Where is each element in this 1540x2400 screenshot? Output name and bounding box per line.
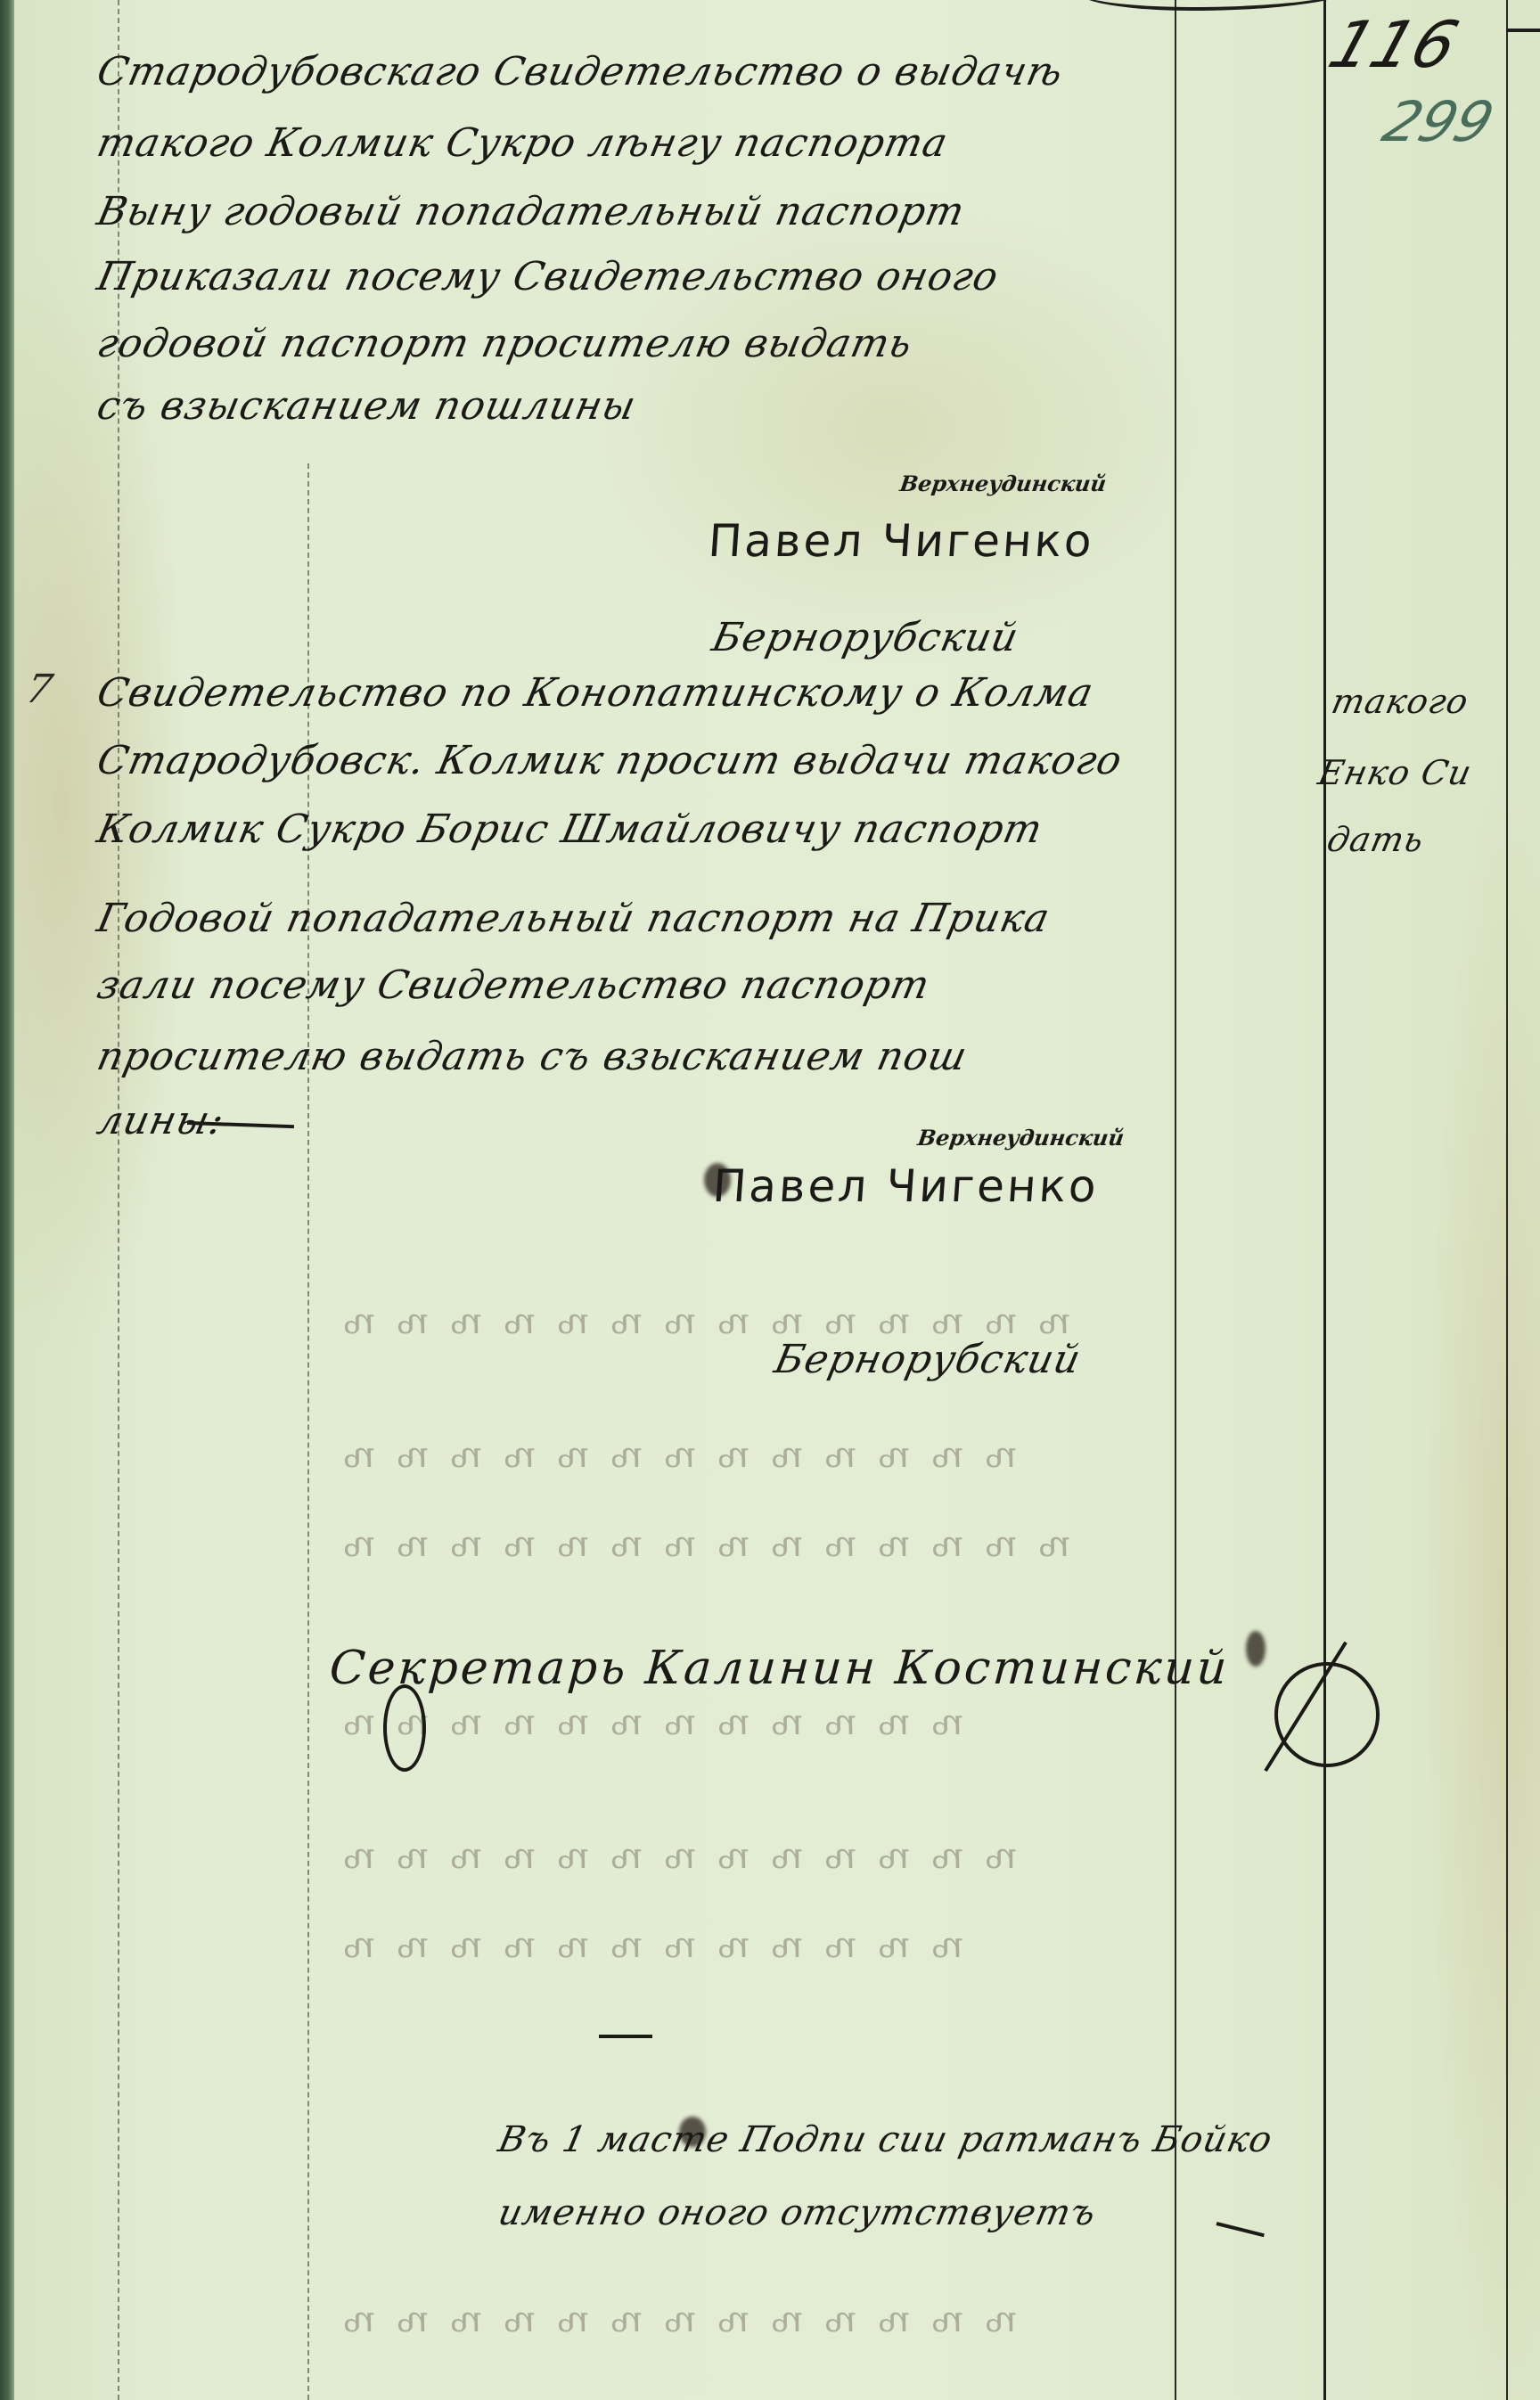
bleed-through-text: ѣ ѣ ѣ ѣ ѣ ѣ ѣ ѣ ѣ ѣ ѣ ѣ [335, 1702, 968, 1743]
entry-2-stamp: Верхнеудинский [916, 1125, 1126, 1151]
closing-note-line-1: Въ 1 масте Подпи сии ратманъ Бойко [495, 2119, 1276, 2160]
bleed-through-text: ѣ ѣ ѣ ѣ ѣ ѣ ѣ ѣ ѣ ѣ ѣ ѣ ѣ [335, 1435, 1021, 1476]
entry-1-line-1: Стародубовскаго Свидетельство о выдачѣ [94, 49, 1068, 94]
page-number-alt: 299 [1375, 89, 1502, 154]
entry-1-signature-title: Бернорубский [709, 615, 1023, 660]
bleed-through-text: ѣ ѣ ѣ ѣ ѣ ѣ ѣ ѣ ѣ ѣ ѣ ѣ [335, 1925, 968, 1966]
top-edge-curve [1078, 0, 1364, 11]
entry-2-line-7: лины: [94, 1098, 229, 1143]
entry-2-line-3: Колмик Сукро Борис Шмайловичу паспорт [94, 807, 1047, 852]
entry-2-line-1: Свидетельство по Конопатинскому о Колма [94, 670, 1098, 716]
entry-2-right-note-3: дать [1323, 820, 1428, 859]
entry-2-number: 7 [22, 667, 57, 712]
entry-1-line-4: Приказали посему Свидетельство оного [94, 254, 1003, 299]
entry-1-line-2: такого Колмик Сукро лѣнгу паспорта [94, 120, 953, 166]
dash-stroke [599, 2035, 652, 2038]
line-end-stroke [1216, 2222, 1265, 2237]
column-rule-main-right [1175, 0, 1176, 2400]
page-number: 116 [1320, 7, 1467, 82]
entry-1-signature: Павел Чигенко [707, 515, 1096, 567]
entry-2-line-4: Годовой попадательный паспорт на Прика [94, 896, 1054, 941]
entry-1-stamp: Верхнеудинский [898, 471, 1108, 496]
closing-note-line-2: именно оного отсутствуетъ [495, 2192, 1100, 2233]
entry-2-line-6: просителю выдать съ взысканием пош [94, 1034, 971, 1079]
book-binding-edge [0, 0, 14, 2400]
entry-2-line-5: зали посему Свидетельство паспорт [94, 962, 935, 1008]
top-edge-tick [1506, 29, 1540, 32]
signature-flourish-loop [1274, 1662, 1380, 1767]
bleed-through-text: ѣ ѣ ѣ ѣ ѣ ѣ ѣ ѣ ѣ ѣ ѣ ѣ ѣ [335, 2299, 1021, 2340]
bleed-through-text: ѣ ѣ ѣ ѣ ѣ ѣ ѣ ѣ ѣ ѣ ѣ ѣ ѣ ѣ [335, 1524, 1075, 1565]
signature-flourish-c [383, 1684, 426, 1772]
entry-2-line-2: Стародубовск. Колмик просит выдачи таког… [94, 738, 1126, 783]
secretary-signature: Секретарь Калинин Костинский [328, 1642, 1232, 1695]
entry-2-signature: Павел Чигенко [711, 1160, 1101, 1212]
entry-1-line-6: съ взысканием пошлины [94, 383, 641, 429]
column-rule-notes [1323, 0, 1326, 2400]
entry-2-right-note-2: Енко Си [1315, 753, 1475, 792]
column-rule-outer [1506, 0, 1508, 2400]
entry-2-right-note-1: такого [1328, 682, 1472, 721]
document-page: 116 299 ѣ ѣ ѣ ѣ ѣ ѣ ѣ ѣ ѣ ѣ ѣ ѣ ѣ ѣ ѣ ѣ … [0, 0, 1540, 2400]
ink-blot [1246, 1631, 1266, 1667]
bleed-through-text: ѣ ѣ ѣ ѣ ѣ ѣ ѣ ѣ ѣ ѣ ѣ ѣ ѣ [335, 1836, 1021, 1877]
entry-1-line-5: годовой паспорт просителю выдать [94, 321, 917, 366]
entry-1-line-3: Выну годовый попадательный паспорт [94, 189, 970, 234]
entry-2-signature-title: Бернорубский [771, 1337, 1085, 1382]
